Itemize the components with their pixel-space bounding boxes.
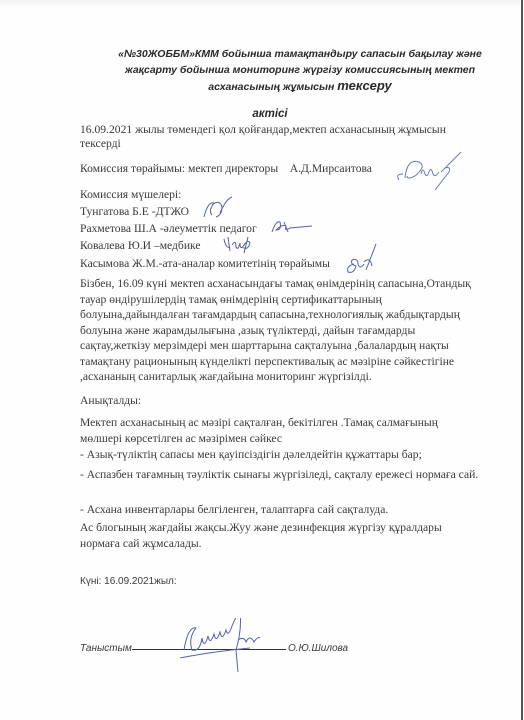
date-line: Күні: 16.09.2021жыл: xyxy=(80,574,177,590)
member-1: Тунгатова Б.Е -ДТЖО xyxy=(80,204,189,220)
acquainted-label: Таныстым xyxy=(80,641,132,657)
scan-right-edge xyxy=(521,0,523,720)
member-4: Касымова Ж.М.-ата-аналар комитетінің төр… xyxy=(80,256,330,272)
document-subtitle: актісі xyxy=(60,108,480,120)
body-paragraph: Бізбен, 16.09 күні мектеп асханасындағы … xyxy=(80,276,480,385)
document-page: «№30ЖОББМ»КММ бойынша тамақтандыру сапас… xyxy=(0,0,524,720)
title-line-3: асханасының жұмысын xyxy=(208,81,334,93)
chair-signature xyxy=(395,150,465,190)
finding-4: - Асхана инвентарлары белгіленген, талап… xyxy=(80,502,388,518)
intro-line-2: тексерді xyxy=(80,136,121,152)
findings-heading: Анықталды: xyxy=(80,393,141,409)
finding-2: - Азық-түліктің сапасы мен қауіпсіздігін… xyxy=(80,447,422,463)
finding-3: - Аспазбен тағамның тәуліктік сынағы жүр… xyxy=(80,467,480,483)
title-line-2: жақсарту бойынша мониторинг жүргізу коми… xyxy=(100,62,500,78)
member-3-signature xyxy=(222,233,258,255)
member-2-signature xyxy=(270,218,315,238)
finding-1: Мектеп асханасының ас мәзірі сақталған, … xyxy=(80,415,475,446)
intro-line-1: 16.09.2021 жылы төмендегі қол қойғандар,… xyxy=(80,122,446,138)
chair-line: Комиссия төрайымы: мектеп директоры А.Д.… xyxy=(80,161,372,177)
acquainted-signature xyxy=(178,618,288,673)
member-4-signature xyxy=(340,240,380,275)
member-3: Ковалева Ю.И –медбике xyxy=(80,238,201,254)
title-emphasis: тексеру xyxy=(337,78,392,93)
chair-name: А.Д.Мирсаитова xyxy=(290,162,372,175)
members-heading: Комиссия мүшелері: xyxy=(80,187,181,203)
member-1-signature xyxy=(200,195,235,220)
scan-top-shadow xyxy=(0,0,520,8)
acquainted-name: О.Ю.Шилова xyxy=(288,641,348,657)
document-title: «№30ЖОББМ»КММ бойынша тамақтандыру сапас… xyxy=(100,46,500,95)
chair-label: Комиссия төрайымы: мектеп директоры xyxy=(80,162,278,175)
conclusion: Ас блогының жағдайы жақсы.Жуу және дезин… xyxy=(80,520,460,551)
title-line-1: «№30ЖОББМ»КММ бойынша тамақтандыру сапас… xyxy=(100,46,500,62)
